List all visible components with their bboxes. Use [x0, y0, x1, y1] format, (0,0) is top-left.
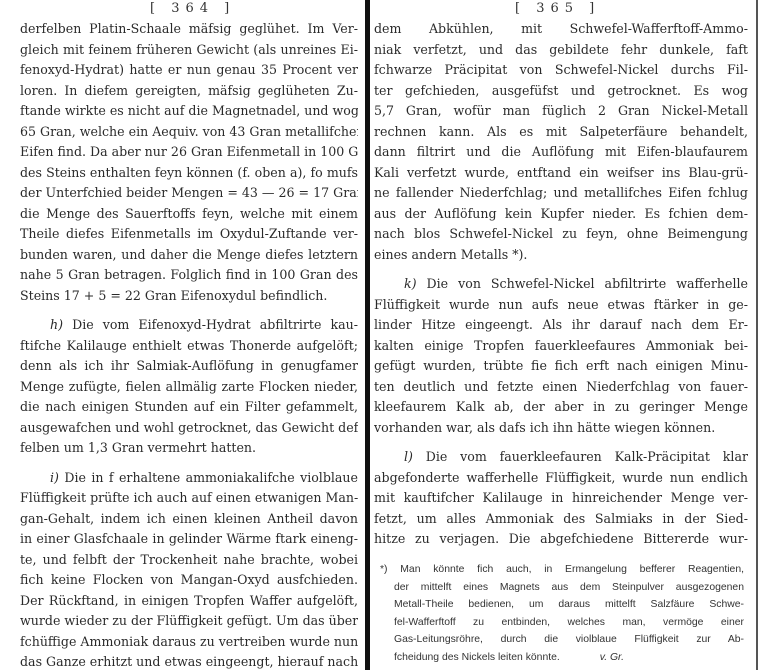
text-line: rechnen kann. Als es mit Salpeterfäure b… [374, 122, 748, 143]
text-line: ftande wirkte es nicht auf die Magnetnad… [20, 101, 358, 122]
text-line: abgefonderte wafferhelle Flüffigkeit, wu… [374, 468, 748, 489]
right-page: [ 365 ] dem Abkühlen, mit Schwefel-Waffe… [370, 0, 756, 670]
text-line: i) Die in f erhaltene ammoniakalifche vi… [20, 468, 358, 489]
text-line: nach blos Schwefel-Nickel zu feyn, ohne … [374, 224, 748, 245]
text-line: Kali verfetzt wurde, entftand ein weifse… [374, 163, 748, 184]
text-line: dann filtrirt und die Auflöfung mit Eife… [374, 142, 748, 163]
text-line: l) Die vom fauerkleefauren Kalk-Präcipit… [374, 447, 748, 468]
text-line: wurde wieder zu der Flüffigkeit gefügt. … [20, 611, 358, 632]
text-line: 65 Gran, welche ein Aequiv. von 43 Gran … [20, 122, 358, 143]
footnote-line: fel-Wafferftoff zu entbinden, welches ma… [380, 614, 744, 632]
text-line: niak verfetzt, und das gebildete fehr du… [374, 40, 748, 61]
paragraph-h: h) Die vom Eifenoxyd-Hydrat abfiltrirte … [20, 315, 358, 459]
text-line: hitze zu verjagen. Die abgefchiedene Bit… [374, 529, 748, 550]
text-line: das Ganze erhitzt und etwas eingeengt, h… [20, 652, 358, 670]
footnote: *) Man könnte fich auch, in Ermangelung … [380, 561, 744, 666]
footnote-line: der mittelft eines Magnets aus dem Stein… [380, 579, 744, 597]
text-line: gan-Gehalt, indem ich einen kleinen Anth… [20, 509, 358, 530]
text-line: te, und felbft der Trockenheit nahe brac… [20, 550, 358, 571]
page-number-right: [ 365 ] [515, 1, 600, 16]
text-line: k) Die von Schwefel-Nickel abfiltrirte w… [374, 274, 748, 295]
text-line: eines andern Metalls *). [374, 245, 748, 266]
text-line: linder Hitze eingeengt. Als ihr darauf n… [374, 315, 748, 336]
text-line: Eifen find. Da aber nur 26 Gran Eifenmet… [20, 142, 358, 163]
text-line: ne fallender Niederfchlag; und metallifc… [374, 183, 748, 204]
text-line: fchwarze Präcipitat von Schwefel-Nickel … [374, 60, 748, 81]
text-line: fchüffige Ammoniak daraus zu vertreiben … [20, 632, 358, 653]
footnote-signature: v. Gr. [600, 652, 624, 663]
paragraph-g-continued: derfelben Platin-Schaale mäfsig geglühet… [20, 19, 358, 306]
paragraph-label: l) [404, 449, 413, 464]
text-line: gefügt wurden, trübte fie fich erft nach… [374, 356, 748, 377]
text-line: felben um 1,3 Gran vermehrt hatten. [20, 438, 358, 459]
paragraph-i: i) Die in f erhaltene ammoniakalifche vi… [20, 468, 358, 670]
text-line: Flüffigkeit prüfte ich auch auf einen et… [20, 488, 358, 509]
text-line: Der Rückftand, in einigen Tropfen Waffer… [20, 591, 358, 612]
text-line: mit kauftifcher Kalilauge in hinreichend… [374, 488, 748, 509]
text-line: die Menge des Sauerftoffs feyn, welche m… [20, 204, 358, 225]
left-text-column: derfelben Platin-Schaale mäfsig geglühet… [20, 19, 358, 670]
page-edge-line [756, 0, 758, 670]
footnote-line: Gas-Leitungsröhre, durch die violblaue F… [380, 631, 744, 649]
right-text-column: dem Abkühlen, mit Schwefel-Wafferftoff-A… [374, 19, 748, 550]
paragraph-label: i) [50, 470, 59, 485]
text-line: des Steins enthalten feyn können (f. obe… [20, 163, 358, 184]
page-number-left: [ 364 ] [150, 1, 235, 16]
text-line: in einer Glasfchaale in gelinder Wärme f… [20, 529, 358, 550]
text-line: kleefaurem Kalk ab, der aber in zu gerin… [374, 397, 748, 418]
footnote-line: *) Man könnte fich auch, in Ermangelung … [380, 561, 744, 579]
text-line: denn als ich ihr Salmiak-Auflöfung in ge… [20, 356, 358, 377]
text-line: nahe 5 Gran betragen. Folglich find in 1… [20, 265, 358, 286]
text-line: 5,7 Gran, wofür man füglich 2 Gran Nicke… [374, 101, 748, 122]
footnote-line: Metall-Theile bedienen, um daraus mittel… [380, 596, 744, 614]
text-line: h) Die vom Eifenoxyd-Hydrat abfiltrirte … [20, 315, 358, 336]
text-line: dem Abkühlen, mit Schwefel-Wafferftoff-A… [374, 19, 748, 40]
text-line: Flüffigkeit wurde nun aufs neue etwas ft… [374, 295, 748, 316]
paragraph-k: k) Die von Schwefel-Nickel abfiltrirte w… [374, 274, 748, 438]
text-line: ftifche Kalilauge enthielt etwas Thonerd… [20, 336, 358, 357]
text-line: fich keine Flocken von Mangan-Oxyd ausfc… [20, 570, 358, 591]
text-line: ten deutlich und fetzte einen Niederfchl… [374, 377, 748, 398]
text-line: Theile diefes Eifenmetalls im Oxydul-Zuf… [20, 224, 358, 245]
footnote-line: fcheidung des Nickels leiten könnte.v. G… [380, 649, 744, 667]
text-line: bunden waren, und daher die Menge diefes… [20, 245, 358, 266]
text-line: fetzt, um alles Ammoniak des Salmiaks in… [374, 509, 748, 530]
text-line: ausgewafchen und wohl getrocknet, das Ge… [20, 418, 358, 439]
text-line: die nach einigen Stunden auf ein Filter … [20, 397, 358, 418]
text-line: loren. In diefem gereigten, mäfsig geglü… [20, 81, 358, 102]
paragraph-label: h) [50, 317, 63, 332]
text-line: derfelben Platin-Schaale mäfsig geglühet… [20, 19, 358, 40]
text-line: gleich mit feinem früheren Gewicht (als … [20, 40, 358, 61]
text-line: fenoxyd-Hydrat) hatte er nun genau 35 Pr… [20, 60, 358, 81]
text-line: der Unterfchied beider Mengen = 43 — 26 … [20, 183, 358, 204]
text-line: vorhanden war, als dafs ich ihn hätte wi… [374, 418, 748, 439]
text-line: ter gefchieden, ausgefüfst und getrockne… [374, 81, 748, 102]
left-page: [ 364 ] derfelben Platin-Schaale mäfsig … [0, 0, 366, 670]
paragraph-l: l) Die vom fauerkleefauren Kalk-Präcipit… [374, 447, 748, 550]
footnote-marker: *) [380, 564, 388, 575]
paragraph-label: k) [404, 276, 417, 291]
text-line: Steins 17 + 5 = 22 Gran Eifenoxydul befi… [20, 286, 358, 307]
text-line: aus der Auflöfung kein Kupfer nieder. Es… [374, 204, 748, 225]
text-line: kalten einige Tropfen fauerkleefaures Am… [374, 336, 748, 357]
paragraph-i-continued: dem Abkühlen, mit Schwefel-Wafferftoff-A… [374, 19, 748, 265]
text-line: Menge zufügte, fielen allmälig zarte Flo… [20, 377, 358, 398]
